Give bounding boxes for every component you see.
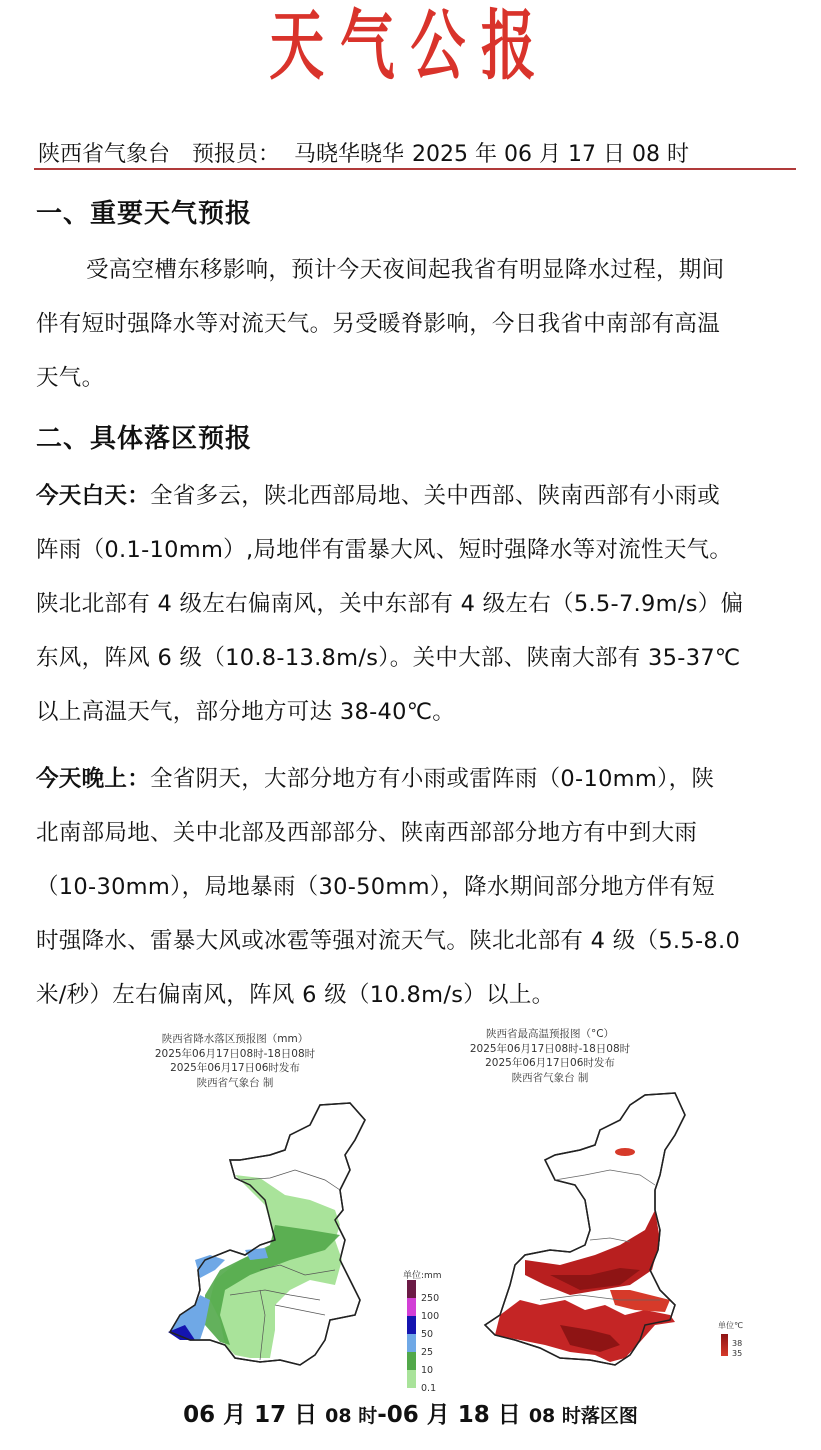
caption-part: 06 月 17 日 — [183, 1402, 325, 1428]
legend-label: 35 — [732, 1349, 742, 1358]
precip-map-title: 陕西省降水落区预报图（mm） 2025年06月17日08时-18日08时 202… — [140, 1032, 330, 1090]
section1-line: 伴有短时强降水等对流天气。另受暖脊影响，今日我省中南部有高温 — [36, 297, 792, 351]
forecaster-name: 马晓华晓华 — [294, 142, 404, 167]
precip-map — [150, 1100, 400, 1380]
forecaster-label: 预报员： — [192, 142, 280, 167]
caption-part: 08 时落区图 — [529, 1405, 638, 1427]
daytime-line: 阵雨（0.1-10mm）,局地伴有雷暴大风、短时强降水等对流性天气。 — [36, 523, 792, 577]
precip-title-line: 2025年06月17日08时-18日08时 — [140, 1047, 330, 1062]
bulletin-meta: 陕西省气象台预报员：马晓华晓华2025 年 06 月 17 日 08 时 — [38, 140, 798, 170]
precip-title-line: 陕西省气象台 制 — [140, 1076, 330, 1091]
issue-datetime: 2025 年 06 月 17 日 08 时 — [412, 142, 689, 167]
legend-label: 25 — [421, 1347, 433, 1358]
section1-heading: 一、重要天气预报 — [36, 197, 252, 231]
legend-label: 50 — [421, 1329, 433, 1340]
night-label: 今天晚上： — [36, 766, 150, 792]
night-line: 北南部局地、关中北部及西部部分、陕南西部部分地方有中到大雨 — [36, 806, 792, 860]
temp-legend-unit: 单位℃ — [718, 1320, 743, 1331]
legend-label: 38 — [732, 1339, 742, 1348]
daytime-forecast: 今天白天：全省多云，陕北西部局地、关中西部、陕南西部有小雨或 阵雨（0.1-10… — [36, 469, 792, 739]
map-caption: 06 月 17 日 08 时-06 月 18 日 08 时落区图 — [0, 1398, 821, 1433]
legend-label: 0.1 — [421, 1383, 436, 1394]
daytime-label: 今天白天： — [36, 483, 150, 509]
header-divider — [34, 168, 796, 170]
section1-line: 受高空槽东移影响，预计今天夜间起我省有明显降水过程，期间 — [86, 257, 724, 283]
temp-title-line: 陕西省气象台 制 — [455, 1071, 645, 1086]
temp-title-line: 陕西省最高温预报图（°C） — [455, 1027, 645, 1042]
legend-label: 250 — [421, 1293, 439, 1304]
night-line: 全省阴天，大部分地方有小雨或雷阵雨（0-10mm），陕 — [150, 766, 714, 792]
legend-label: 100 — [421, 1311, 439, 1322]
bulletin-title: 天气公报 — [115, 6, 706, 86]
precip-title-line: 陕西省降水落区预报图（mm） — [140, 1032, 330, 1047]
caption-part: -06 月 18 日 — [377, 1402, 529, 1428]
caption-part: 08 时 — [325, 1405, 377, 1427]
night-line: 米/秒）左右偏南风，阵风 6 级（10.8m/s）以上。 — [36, 968, 792, 1022]
precip-title-line: 2025年06月17日06时发布 — [140, 1061, 330, 1076]
daytime-line: 以上高温天气，部分地方可达 38-40℃。 — [36, 685, 792, 739]
night-forecast: 今天晚上：全省阴天，大部分地方有小雨或雷阵雨（0-10mm），陕 北南部局地、关… — [36, 752, 792, 1022]
temp-title-line: 2025年06月17日08时-18日08时 — [455, 1042, 645, 1057]
legend-label: 10 — [421, 1365, 433, 1376]
temp-title-line: 2025年06月17日06时发布 — [455, 1056, 645, 1071]
forecast-maps: 陕西省降水落区预报图（mm） 2025年06月17日08时-18日08时 202… — [0, 1030, 821, 1390]
issuer: 陕西省气象台 — [38, 142, 170, 167]
temp-map-title: 陕西省最高温预报图（°C） 2025年06月17日08时-18日08时 2025… — [455, 1027, 645, 1085]
section1-line: 天气。 — [36, 351, 792, 405]
night-line: （10-30mm），局地暴雨（30-50mm），降水期间部分地方伴有短 — [36, 860, 792, 914]
night-line: 时强降水、雷暴大风或冰雹等强对流天气。陕北北部有 4 级（5.5-8.0 — [36, 914, 792, 968]
section1-body: 受高空槽东移影响，预计今天夜间起我省有明显降水过程，期间 伴有短时强降水等对流天… — [36, 243, 792, 405]
daytime-line: 全省多云，陕北西部局地、关中西部、陕南西部有小雨或 — [150, 483, 720, 509]
temp-map — [470, 1090, 710, 1380]
daytime-line: 陕北北部有 4 级左右偏南风，关中东部有 4 级左右（5.5-7.9m/s）偏 — [36, 577, 792, 631]
section2-heading: 二、具体落区预报 — [36, 422, 252, 456]
daytime-line: 东风，阵风 6 级（10.8-13.8m/s）。关中大部、陕南大部有 35-37… — [36, 631, 792, 685]
